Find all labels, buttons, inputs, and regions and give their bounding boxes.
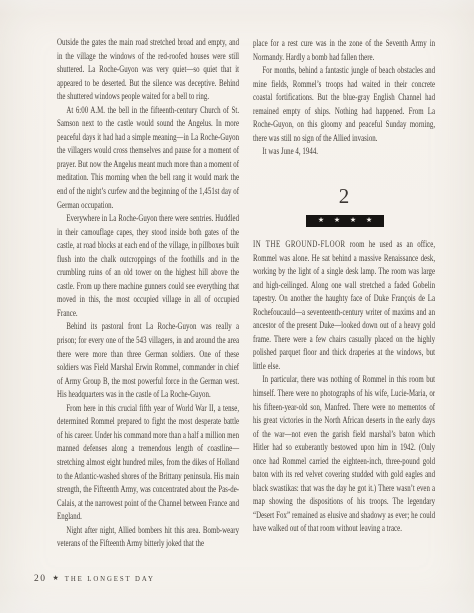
paragraph: Everywhere in La Roche-Guyon there were … bbox=[57, 212, 239, 320]
section-text: room he used as an office, Rommel was al… bbox=[253, 239, 435, 372]
paragraph: From here in this crucial fifth year of … bbox=[57, 402, 239, 524]
left-text-column: Outside the gates the main road stretche… bbox=[57, 36, 239, 551]
running-title: THE LONGEST DAY bbox=[65, 576, 155, 583]
paragraph: place for a rest cure was in the zone of… bbox=[253, 37, 435, 64]
book-page: { "page": { "paper_color": "#f5f1ec", "i… bbox=[0, 0, 474, 613]
paragraph: In particular, there was nothing of Romm… bbox=[253, 373, 435, 536]
section-lead-in: IN THE GROUND-FLOOR bbox=[253, 239, 346, 250]
page-footer: 20 ★ THE LONGEST DAY bbox=[34, 574, 155, 584]
page-number: 20 bbox=[34, 574, 47, 584]
paragraph: It was June 4, 1944. bbox=[253, 145, 435, 159]
right-text-column-bottom: IN THE GROUND-FLOOR room he used as an o… bbox=[253, 238, 435, 536]
chapter-star-bar: ★ ★ ★ ★ bbox=[306, 215, 384, 227]
star-icons: ★ ★ ★ ★ bbox=[318, 217, 372, 225]
paragraph: IN THE GROUND-FLOOR room he used as an o… bbox=[253, 238, 435, 373]
paragraph: Night after night, Allied bombers hit th… bbox=[57, 524, 239, 551]
star-icon: ★ bbox=[53, 574, 59, 582]
paragraph: Behind its pastoral front La Roche-Guyon… bbox=[57, 320, 239, 401]
paragraph: At 6:00 A.M. the bell in the fifteenth-c… bbox=[57, 104, 239, 212]
chapter-number: 2 bbox=[253, 185, 435, 207]
right-text-column-top: place for a rest cure was in the zone of… bbox=[253, 37, 435, 159]
paragraph: Outside the gates the main road stretche… bbox=[57, 36, 239, 104]
paragraph: For months, behind a fantastic jungle of… bbox=[253, 64, 435, 145]
